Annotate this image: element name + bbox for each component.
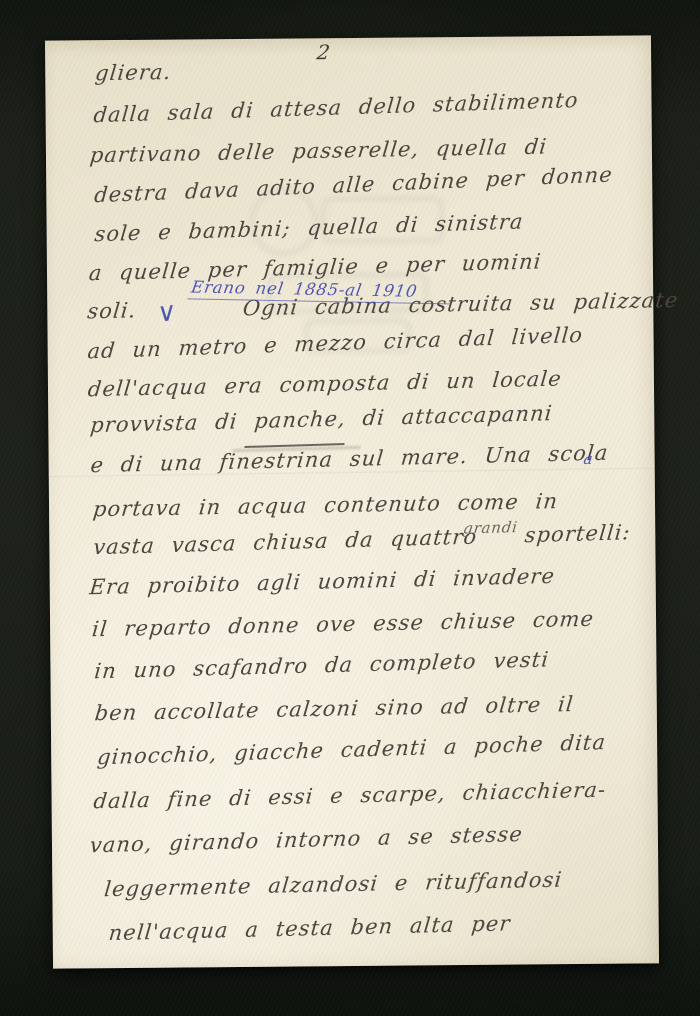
manuscript-line-22: nell'acqua a testa ben alta per bbox=[107, 910, 511, 946]
word-soli: soli. bbox=[86, 298, 138, 323]
manuscript-line-9: dell'acqua era composta di un locale bbox=[87, 366, 563, 403]
line13-start: vasta vasca chiusa da quattro bbox=[92, 525, 478, 560]
manuscript-line-1: gliera. bbox=[94, 59, 173, 86]
manuscript-line-17: ben accollate calzoni sino ad oltre il bbox=[93, 691, 575, 726]
manuscript-line-21: leggermente alzandosi e rituffandosi bbox=[103, 867, 564, 903]
manuscript-line-15: il reparto donne ove esse chiuse come bbox=[91, 606, 596, 643]
blue-caret-icon: ∨ bbox=[157, 299, 177, 327]
line13-end: sportelli: bbox=[524, 520, 632, 547]
manuscript-line-18: ginocchio, giacche cadenti a poche dita bbox=[96, 729, 607, 770]
manuscript-page: 2 gliera. dalla sala di attesa dello sta… bbox=[45, 35, 659, 968]
pencil-insertion: grandi bbox=[462, 518, 519, 537]
page-number: 2 bbox=[315, 40, 331, 64]
manuscript-line-12: portava in acqua contenuto come in bbox=[92, 488, 560, 522]
manuscript-line-3: partivano delle passerelle, quella di bbox=[89, 133, 549, 168]
manuscript-line-16: in uno scafandro da completo vesti bbox=[93, 646, 550, 684]
manuscript-line-10: provvista di panche, di attaccapanni bbox=[89, 400, 554, 438]
manuscript-line-13: vasta vasca chiusa da quattro sportelli: bbox=[92, 519, 632, 560]
manuscript-line-2: dalla sala di attesa dello stabilimento bbox=[92, 87, 579, 128]
manuscript-line-14: Era proibito agli uomini di invadere bbox=[88, 563, 556, 600]
manuscript-line-19: dalla fine di essi e scarpe, chiacchiera… bbox=[92, 777, 607, 815]
manuscript-line-20: vano, girando intorno a se stesse bbox=[89, 821, 524, 858]
photo-background: 2 gliera. dalla sala di attesa dello sta… bbox=[0, 0, 700, 1016]
